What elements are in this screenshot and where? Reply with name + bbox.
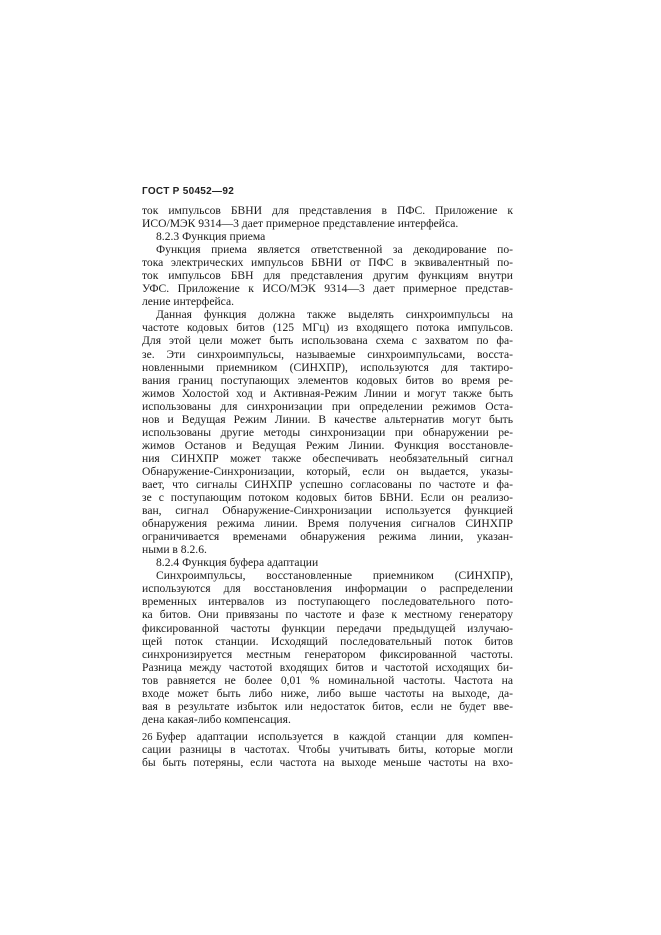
text-line: Данная функция должна также выделять син… xyxy=(142,308,513,321)
text-line: ка битов. Они привязаны по частоте и фаз… xyxy=(142,608,513,621)
text-line: использованы для синхронизации при опред… xyxy=(142,400,513,413)
text-line: ИСО/МЭК 9314—3 дает примерное представле… xyxy=(142,217,513,230)
paragraph-8-2-4-2: Буфер адаптации используется в каждой ст… xyxy=(142,730,513,769)
text-line: Синхроимпульсы, восстановленные приемник… xyxy=(142,569,513,582)
text-line: фиксированной частоты функции передачи п… xyxy=(142,622,513,635)
text-line: частоте кодовых битов (125 МГц) из входя… xyxy=(142,321,513,334)
text-line: ван, сигнал Обнаружение-Синхронизации ис… xyxy=(142,504,513,517)
text-line: вая в результате избыток или недостаток … xyxy=(142,700,513,713)
text-line: щей поток станции. Исходящий последовате… xyxy=(142,635,513,648)
paragraph-continuation: ток импульсов БВНИ для представления в П… xyxy=(142,204,513,230)
text-line: жимов Останов и Ведущая Режим Линии. Фун… xyxy=(142,439,513,452)
text-line: используются для восстановления информац… xyxy=(142,582,513,595)
text-line: Обнаружение-Синхронизации, который, если… xyxy=(142,465,513,478)
text-line: Функция приема является ответственной за… xyxy=(142,243,513,256)
text-line: обнаружения режима линии. Время получени… xyxy=(142,517,513,530)
text-line: использованы другие методы синхронизации… xyxy=(142,426,513,439)
text-line: новленными приемником (СИНХПР), использу… xyxy=(142,361,513,374)
text-line: синхронизируется местным генератором фик… xyxy=(142,648,513,661)
page-header: ГОСТ Р 50452—92 xyxy=(142,186,234,197)
text-line: Буфер адаптации используется в каждой ст… xyxy=(142,730,513,743)
text-line: ток импульсов БВН для представления друг… xyxy=(142,269,513,282)
text-line: входе может быть либо ниже, либо выше ча… xyxy=(142,687,513,700)
paragraph-8-2-4-1: Синхроимпульсы, восстановленные приемник… xyxy=(142,569,513,726)
text-line: зе с поступающим потоком кодовых битов Б… xyxy=(142,491,513,504)
text-line: ния СИНХПР может также обеспечивать необ… xyxy=(142,452,513,465)
text-line: Для этой цели может быть использована сх… xyxy=(142,334,513,347)
text-line: жимов Холостой ход и Активная-Режим Лини… xyxy=(142,387,513,400)
text-line: временных интервалов из поступающего пос… xyxy=(142,595,513,608)
text-line: ными в 8.2.6. xyxy=(142,543,513,556)
document-body: ток импульсов БВНИ для представления в П… xyxy=(142,204,513,769)
page-number: 26 xyxy=(142,732,153,743)
text-line: Разница между частотой входящих битов и … xyxy=(142,661,513,674)
text-line: нов и Ведущая Режим Линии. В качестве ал… xyxy=(142,413,513,426)
text-line: УФС. Приложение к ИСО/МЭК 9314—3 дает пр… xyxy=(142,282,513,295)
text-line: ток импульсов БВНИ для представления в П… xyxy=(142,204,513,217)
text-line: ление интерфейса. xyxy=(142,295,513,308)
text-line: дена какая-либо компенсация. xyxy=(142,713,513,726)
paragraph-8-2-3-2: Данная функция должна также выделять син… xyxy=(142,308,513,556)
text-line: вания границ поступающих элементов кодов… xyxy=(142,374,513,387)
text-line: бы быть потеряны, если частота на выходе… xyxy=(142,756,513,769)
paragraph-8-2-3-1: Функция приема является ответственной за… xyxy=(142,243,513,308)
text-line: тока электрических импульсов БВНИ от ПФС… xyxy=(142,256,513,269)
text-line: тов равняется не более 0,01 % номинально… xyxy=(142,674,513,687)
text-line: ограничивается временами обнаружения реж… xyxy=(142,530,513,543)
section-heading-8-2-3: 8.2.3 Функция приема xyxy=(142,230,513,243)
text-line: вает, что сигналы СИНХПР успешно согласо… xyxy=(142,478,513,491)
section-heading-8-2-4: 8.2.4 Функция буфера адаптации xyxy=(142,556,513,569)
text-line: зе. Эти синхроимпульсы, называемые синхр… xyxy=(142,348,513,361)
text-line: сации разницы в частотах. Чтобы учитыват… xyxy=(142,743,513,756)
